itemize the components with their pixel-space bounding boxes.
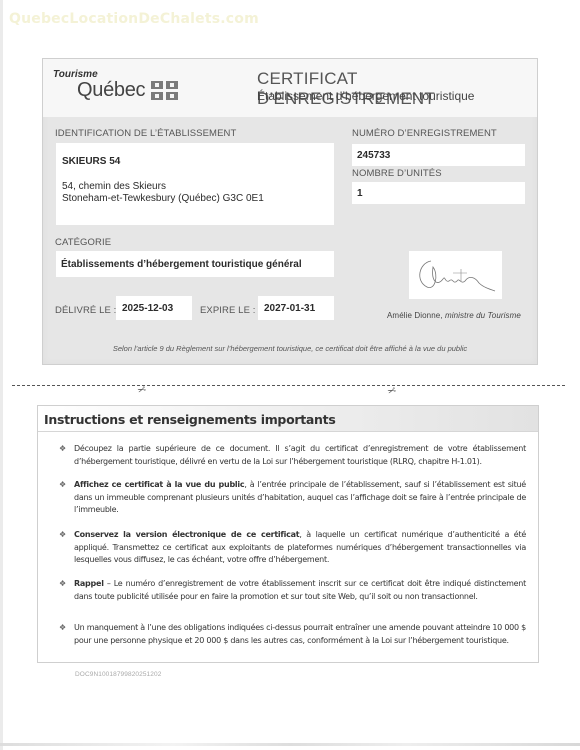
fleur-de-lis-icon <box>151 92 163 100</box>
logo-quebec: Québec <box>77 79 145 102</box>
address-line-2: Stoneham-et-Tewkesbury (Québec) G3C 0E1 <box>62 193 264 204</box>
watermark: QuebecLocationDeChalets.com <box>9 11 259 27</box>
identification-label: IDENTIFICATION DE L’ÉTABLISSEMENT <box>55 128 236 139</box>
instructions-panel: Instructions et renseignements important… <box>37 405 539 663</box>
signatory-name-text: Amélie Dionne, <box>387 311 443 320</box>
issued-label: DÉLIVRÉ LE : <box>55 305 116 316</box>
quebec-flag-icon <box>151 81 179 101</box>
registration-number: 245733 <box>357 150 390 161</box>
fleur-de-lis-icon <box>166 92 178 100</box>
scan-edge <box>0 0 3 750</box>
expires-label: EXPIRE LE : <box>200 305 255 316</box>
certificate: Tourisme Québec CERTIFICAT D’ENREGISTREM… <box>42 58 538 365</box>
fleur-de-lis-icon <box>166 81 178 89</box>
unit-count-box: 1 <box>352 182 525 204</box>
scissors-icon: ✂ <box>135 382 147 395</box>
address-line-1: 54, chemin des Skieurs <box>62 181 166 192</box>
certificate-header: Tourisme Québec CERTIFICAT D’ENREGISTREM… <box>43 59 537 117</box>
issued-date: 2025-12-03 <box>122 303 173 314</box>
diamond-bullet-icon: ❖ <box>59 529 66 542</box>
diamond-bullet-icon: ❖ <box>59 479 66 492</box>
category-label: CATÉGORIE <box>55 237 111 248</box>
instruction-item: ❖ Un manquement à l’une des obligations … <box>74 622 526 647</box>
instruction-item-emphasis: Conservez la version électronique de ce … <box>74 530 299 539</box>
signatory-name: Amélie Dionne, ministre du Tourisme <box>387 311 521 320</box>
signatory-title: ministre du Tourisme <box>445 311 521 320</box>
instruction-item-text: Un manquement à l’une des obligations in… <box>74 623 526 645</box>
diamond-bullet-icon: ❖ <box>59 443 66 456</box>
signature-icon <box>409 251 502 299</box>
instruction-item: ❖ Affichez ce certificat à la vue du pub… <box>74 479 526 517</box>
issued-box: 2025-12-03 <box>116 296 192 320</box>
scan-edge <box>0 743 580 746</box>
instruction-item: ❖ Découpez la partie supérieure de ce do… <box>74 443 526 468</box>
identification-box: SKIEURS 54 54, chemin des Skieurs Stoneh… <box>56 143 334 225</box>
registration-number-box: 245733 <box>352 144 525 166</box>
instruction-item-emphasis: Rappel <box>74 579 104 588</box>
instruction-item-text: – Le numéro d’enregistrement de votre ét… <box>74 579 526 601</box>
expiry-date: 2027-01-31 <box>264 303 315 314</box>
registration-number-label: NUMÉRO D’ENREGISTREMENT <box>352 128 497 139</box>
document-code: DOC9N10018799820251202 <box>75 671 161 678</box>
expires-box: 2027-01-31 <box>258 296 334 320</box>
unit-count: 1 <box>357 188 363 199</box>
instructions-title: Instructions et renseignements important… <box>44 412 335 427</box>
instruction-item: ❖ Rappel – Le numéro d’enregistrement de… <box>74 578 526 603</box>
fleur-de-lis-icon <box>151 81 163 89</box>
instruction-item: ❖ Conservez la version électronique de c… <box>74 529 526 567</box>
instruction-item-text: Découpez la partie supérieure de ce docu… <box>74 444 526 466</box>
unit-count-label: NOMBRE D’UNITÉS <box>352 168 442 179</box>
instruction-item-emphasis: Affichez ce certificat à la vue du publi… <box>74 480 244 489</box>
signature-box <box>409 251 502 299</box>
diamond-bullet-icon: ❖ <box>59 578 66 591</box>
certificate-subtitle: Établissement d’hébergement touristique <box>257 89 474 103</box>
display-requirement-note: Selon l’article 9 du Règlement sur l’héb… <box>43 344 537 353</box>
category-value: Établissements d’hébergement touristique… <box>61 259 302 270</box>
cut-line <box>12 385 565 386</box>
category-box: Établissements d’hébergement touristique… <box>56 251 334 277</box>
establishment-name: SKIEURS 54 <box>62 156 120 167</box>
diamond-bullet-icon: ❖ <box>59 622 66 635</box>
instructions-header: Instructions et renseignements important… <box>38 406 538 432</box>
